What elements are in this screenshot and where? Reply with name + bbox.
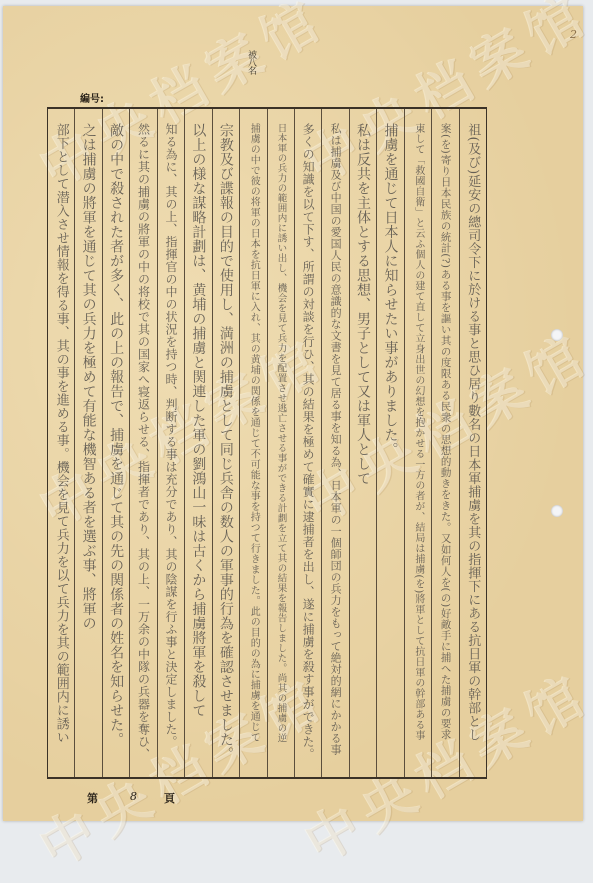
manuscript-column: 案(を)寄り日本民族の統計(?)ある事を謳い其の度限ある民衆の思想的動きをきた。… <box>431 109 458 777</box>
page-corner-mark: 2 <box>570 28 577 41</box>
handwritten-line: 敵の中で殺された者が多く、此の上の報告で、捕虜を通じて其の先の関係者の姓名を知ら… <box>109 123 123 747</box>
punch-hole <box>551 329 563 341</box>
manuscript-column: 知る為に、其の上、指揮官の中の状況を持つ時、判断する事は充分であり、其の陰謀を行… <box>157 109 184 777</box>
handwritten-line: 祖(及び)延安の總司令下に於ける事と思ひ居り數名の日本軍捕虜を其の指揮下にある抗… <box>466 123 479 742</box>
page-prefix: 第 <box>87 790 98 806</box>
page-number: 8 <box>130 790 137 803</box>
handwritten-line: 之は捕虜の將軍を通じて其の兵力を極めて有能な機智ある者を選ぶ事、將軍の <box>82 123 96 631</box>
handwritten-line: 案(を)寄り日本民族の統計(?)ある事を謳い其の度限ある民衆の思想的動きをきた。… <box>440 123 451 740</box>
handwritten-line: 然るに其の捕虜の將軍の中の将校で其の国家へ寝返らせる、指揮者であり、其の上、一万… <box>138 123 150 761</box>
manuscript-grid: 祖(及び)延安の總司令下に於ける事と思ひ居り數名の日本軍捕虜を其の指揮下にある抗… <box>47 107 487 779</box>
handwritten-line: 私は捕虜及び中国の愛国人民の意識的な文書を見て居る事を知る為、日本軍の一個師団の… <box>330 123 341 756</box>
manuscript-column: 日本軍の兵力の範囲内に誘い出し、機会を見て兵力を配置させ逃亡させる事ができる計劃… <box>267 109 294 777</box>
manuscript-column: 敵の中で殺された者が多く、此の上の報告で、捕虜を通じて其の先の関係者の姓名を知ら… <box>102 109 129 777</box>
handwritten-line: 捕虜を通じて日本人に知らせたい事がありました。 <box>383 123 397 457</box>
handwritten-line: 以上の様な謀略計劃は、黄埔の捕虜と関連した軍の劉鴻山一味は古くから捕虜將軍を殺し… <box>191 123 205 718</box>
handwritten-line: 私は反共を主体とする思想、男子として又は軍人として <box>356 123 370 486</box>
manuscript-column: 私は反共を主体とする思想、男子として又は軍人として <box>349 109 376 777</box>
document-number-label: 編号: <box>80 90 104 105</box>
manuscript-column: 以上の様な謀略計劃は、黄埔の捕虜と関連した軍の劉鴻山一味は古くから捕虜將軍を殺し… <box>184 109 211 777</box>
manuscript-column: 私は捕虜及び中国の愛国人民の意識的な文書を見て居る事を知る為、日本軍の一個師団の… <box>321 109 348 777</box>
handwritten-line: 多くの知識を以て下す、所謂の対談を行ひ、其の結果を極めて確實に逮捕者を出し、遂に… <box>302 123 314 761</box>
handwritten-line: 宗教及び諜報の目的で使用し、満洲の捕虜として同じ兵舎の数人の軍事的行為を確認させ… <box>219 123 233 761</box>
handwritten-line: 知る為に、其の上、指揮官の中の状況を持つ時、判断する事は充分であり、其の陰謀を行… <box>165 123 177 748</box>
manuscript-column: 東して「救國自衛」と云ふ個人の建て直して立身出世の幻想を抱かせる一方の者が、結局… <box>404 109 431 777</box>
manuscript-column: 然るに其の捕虜の將軍の中の将校で其の国家へ寝返らせる、指揮者であり、其の上、一万… <box>129 109 156 777</box>
punch-hole <box>551 505 563 517</box>
manuscript-column: 捕虜の中で彼の将軍の日本を抗日軍に入れ、其の黄埔の関係を通じて不可能な事を持つて… <box>239 109 266 777</box>
manuscript-column: 捕虜を通じて日本人に知らせたい事がありました。 <box>376 109 403 777</box>
manuscript-column: 祖(及び)延安の總司令下に於ける事と思ひ居り數名の日本軍捕虜を其の指揮下にある抗… <box>459 109 486 777</box>
handwritten-top-note: 被八名 <box>245 50 258 74</box>
manuscript-column: 部下として潜入させ情報を得る事、其の事を進める事。機会を見て兵力を以て兵力を其の… <box>48 109 74 777</box>
document-page: 中央档案馆 中央档案馆 中央档案馆 中央档案馆 中央档案馆 中央档案馆 2 被八… <box>3 6 583 821</box>
handwritten-line: 日本軍の兵力の範囲内に誘い出し、機会を見て兵力を配置させ逃亡させる事ができる計劃… <box>276 123 286 743</box>
handwritten-line: 部下として潜入させ情報を得る事、其の事を進める事。機会を見て兵力を以て兵力を其の… <box>55 123 68 744</box>
manuscript-column: 宗教及び諜報の目的で使用し、満洲の捕虜として同じ兵舎の数人の軍事的行為を確認させ… <box>212 109 239 777</box>
manuscript-column: 之は捕虜の將軍を通じて其の兵力を極めて有能な機智ある者を選ぶ事、將軍の <box>74 109 101 777</box>
handwritten-line: 東して「救國自衛」と云ふ個人の建て直して立身出世の幻想を抱かせる一方の者が、結局… <box>413 123 423 741</box>
page-suffix: 頁 <box>164 790 175 806</box>
manuscript-column: 多くの知識を以て下す、所謂の対談を行ひ、其の結果を極めて確實に逮捕者を出し、遂に… <box>294 109 321 777</box>
handwritten-line: 捕虜の中で彼の将軍の日本を抗日軍に入れ、其の黄埔の関係を通じて不可能な事を持つて… <box>248 123 258 743</box>
